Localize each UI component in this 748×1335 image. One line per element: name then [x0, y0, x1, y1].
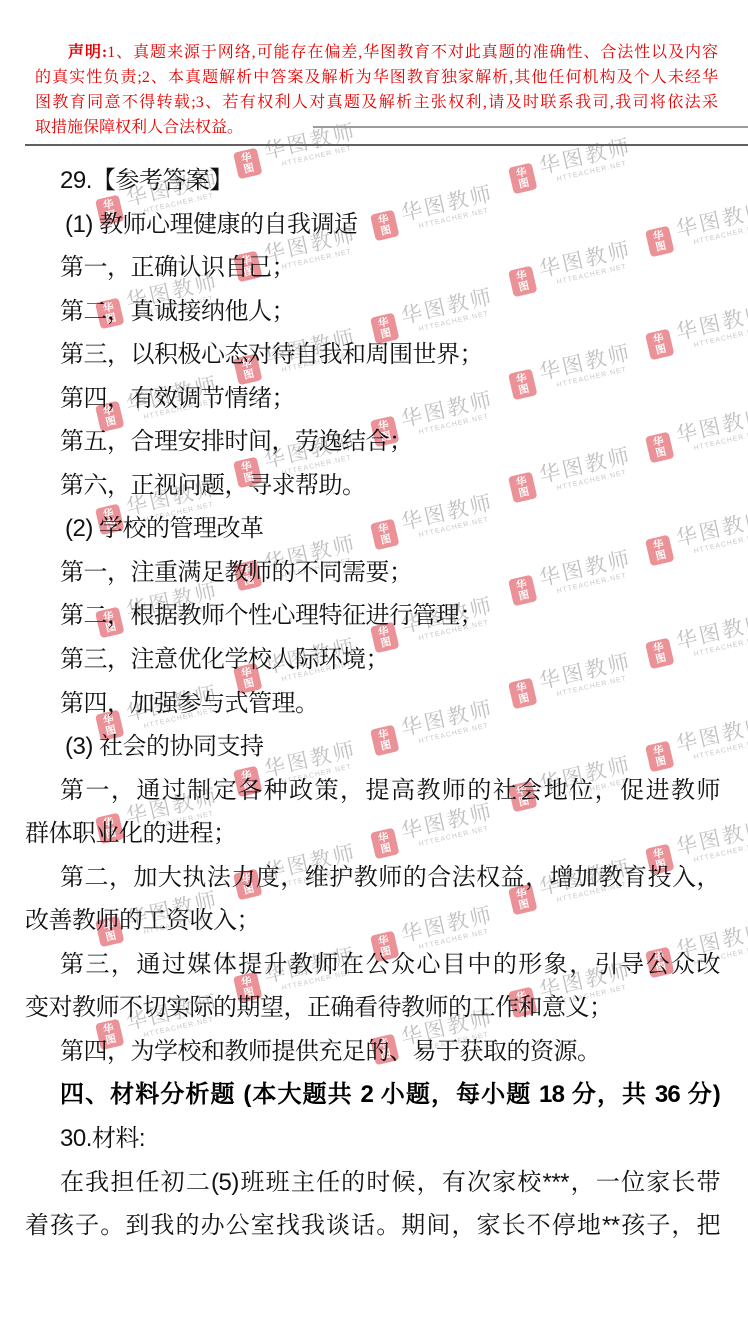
statement-line: 的真实性负责;2、本真题解析中答案及解析为华图教育独家解析,其他任何机构及个人未…: [35, 65, 718, 90]
answer-line: 第一，正确认识自己；: [25, 246, 720, 290]
disclaimer-statement: 声明:1、真题来源于网络,可能存在偏差,华图教育不对此真题的准确性、合法性以及内…: [35, 40, 718, 140]
answer-line: 第一，注重满足教师的不同需要；: [25, 551, 720, 595]
statement-line: 声明:1、真题来源于网络,可能存在偏差,华图教育不对此真题的准确性、合法性以及内…: [35, 40, 718, 65]
answer-line: 群体职业化的进程；: [25, 812, 720, 856]
answer-line: 30.材料:: [25, 1117, 720, 1161]
document-page: 华图华图教师HTTEACHER.NET华图华图教师HTTEACHER.NET华图…: [0, 0, 748, 1335]
answer-line: 改善教师的工资收入；: [25, 899, 720, 943]
answer-line: 在我担任初二(5)班班主任的时候，有次家校***，一位家长带: [25, 1161, 720, 1205]
divider-line: [25, 144, 748, 146]
statement-underline-segment: [313, 126, 748, 128]
answer-line: 第三，通过媒体提升教师在公众心目中的形象，引导公众改: [25, 943, 720, 987]
answer-line: 第二，真诚接纳他人；: [25, 290, 720, 334]
answer-line: 第五，合理安排时间，劳逸结合；: [25, 420, 720, 464]
answer-line: 第三，注意优化学校人际环境；: [25, 638, 720, 682]
answer-line: 第四，为学校和教师提供充足的、易于获取的资源。: [25, 1030, 720, 1074]
answer-line: 第三，以积极心态对待自我和周围世界；: [25, 333, 720, 377]
answer-line: 四、材料分析题 (本大题共 2 小题，每小题 18 分，共 36 分): [25, 1073, 720, 1117]
answer-line: 着孩子。到我的办公室找我谈话。期间，家长不停地**孩子，把: [25, 1204, 720, 1248]
answer-line: 29.【参考答案】: [25, 159, 720, 203]
answer-line: (3) 社会的协同支持: [25, 725, 720, 769]
statement-label: 声明:: [68, 44, 107, 61]
answer-line: 第二，加大执法力度，维护教师的合法权益，增加教育投入，: [25, 856, 720, 900]
answer-line: 第六，正视问题，寻求帮助。: [25, 464, 720, 508]
answer-content: 29.【参考答案】(1) 教师心理健康的自我调适第一，正确认识自己；第二，真诚接…: [25, 159, 720, 1248]
answer-line: 第四，加强参与式管理。: [25, 682, 720, 726]
answer-line: (2) 学校的管理改革: [25, 507, 720, 551]
answer-line: (1) 教师心理健康的自我调适: [25, 203, 720, 247]
answer-line: 变对教师不切实际的期望，正确看待教师的工作和意义；: [25, 986, 720, 1030]
answer-line: 第一，通过制定各种政策，提高教师的社会地位，促进教师: [25, 769, 720, 813]
statement-line: 图教育同意不得转载;3、若有权利人对真题及解析主张权利,请及时联系我司,我司将依…: [35, 90, 718, 115]
answer-line: 第二，根据教师个性心理特征进行管理；: [25, 594, 720, 638]
answer-line: 第四，有效调节情绪；: [25, 377, 720, 421]
